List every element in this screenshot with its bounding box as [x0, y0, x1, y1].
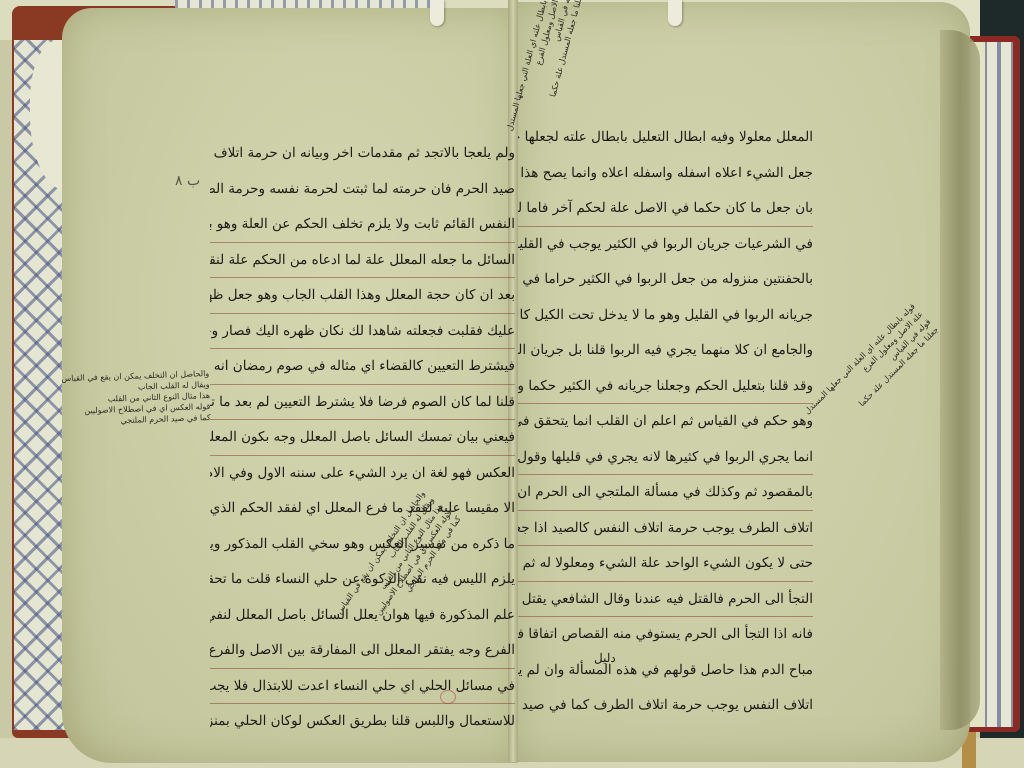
manuscript-line: في مسائل الحلي اي حلي النساء اعدت للابتذ…	[210, 669, 515, 705]
manuscript-line: بان جعل ما كان حكما في الاصل علة لحكم آخ…	[518, 191, 813, 227]
page-clip-left	[430, 0, 444, 26]
left-margin-glosses: والحاصل ان التخلف يمكن ان يقع في القياسو…	[94, 368, 211, 427]
manuscript-line: ولم يلعجا بالاتجد ثم مقدمات اخر وبيانه ا…	[210, 136, 515, 172]
page-clip-right	[668, 0, 682, 26]
manuscript-line: السائل ما جعله المعلل علة لما ادعاه من ا…	[210, 243, 515, 279]
manuscript-line: ما ذكره من تفسير العكس وهو سخي القلب الم…	[210, 527, 515, 563]
manuscript-line: بالمقصود ثم وكذلك في مسألة الملتجي الى ا…	[518, 475, 813, 511]
manuscript-line: فيشترط التعيين كالقضاء اي مثاله في صوم ر…	[210, 349, 515, 385]
manuscript-line: بعد ان كان حجة المعلل وهذا القلب الجاب و…	[210, 278, 515, 314]
catchword: دليل	[594, 651, 616, 665]
red-ink-stamp-mark	[440, 690, 456, 704]
manuscript-line: اتلاف النفس يوجب حرمة اتلاف الطرف كما في…	[518, 688, 813, 724]
right-page-main-text: المعلل معلولا وفيه ابطال التعليل بابطال …	[518, 120, 813, 724]
manuscript-line: وهو حكم في القياس ثم اعلم ان القلب انما …	[518, 404, 813, 440]
manuscript-line: المعلل معلولا وفيه ابطال التعليل بابطال …	[518, 120, 813, 156]
manuscript-line: عليك فقلبت فجعلته شاهدا لك نكان ظهره الي…	[210, 314, 515, 350]
manuscript-line: فيعني بيان تمسك السائل باصل المعلل وجه ب…	[210, 420, 515, 456]
manuscript-line: حتى لا يكون الشيء الواحد علة الشيء ومعلو…	[518, 546, 813, 582]
manuscript-line: بالحفنتين منزوله من جعل الربوا في الكثير…	[518, 262, 813, 298]
manuscript-line: التجأ الى الحرم فالقتل فيه عندنا وقال ال…	[518, 582, 813, 618]
manuscript-line: في الشرعيات جريان الربوا في الكثير يوجب …	[518, 227, 813, 263]
pencil-annotation-mark: ب ٨	[175, 173, 200, 189]
page-fore-edge	[940, 30, 980, 730]
manuscript-line: النفس القائم ثابت ولا يلزم تخلف الحكم عن…	[210, 207, 515, 243]
manuscript-line: والجامع ان كلا منهما يجري فيه الربوا قلن…	[518, 333, 813, 369]
manuscript-line: جعل الشيء اعلاه اسفله واسفله اعلاه وانما…	[518, 156, 813, 192]
manuscript-line: انما يجري الربوا في كثيرها لانه يجري في …	[518, 440, 813, 476]
manuscript-line: العكس فهو لغة ان يرد الشيء على سننه الاو…	[210, 456, 515, 492]
manuscript-line: مباح الدم هذا حاصل قولهم في هذه المسألة …	[518, 653, 813, 689]
manuscript-line: قلنا لما كان الصوم فرضا فلا يشترط التعيي…	[210, 385, 515, 421]
manuscript-line: فانه اذا التجأ الى الحرم يستوفي منه القص…	[518, 617, 813, 653]
manuscript-line: صيد الحرم فان حرمته لما ثبتت لحرمة نفسه …	[210, 172, 515, 208]
manuscript-line: جريانه الربوا في القليل وهو ما لا يدخل ت…	[518, 298, 813, 334]
manuscript-line: الا مقيسا عليه لفقد ما فرع المعلل اي لفق…	[210, 491, 515, 527]
manuscript-line: اتلاف الطرف يوجب حرمة اتلاف النفس كالصيد…	[518, 511, 813, 547]
manuscript-line: وقد قلنا بتعليل الحكم وجعلنا جريانه في ا…	[518, 369, 813, 405]
